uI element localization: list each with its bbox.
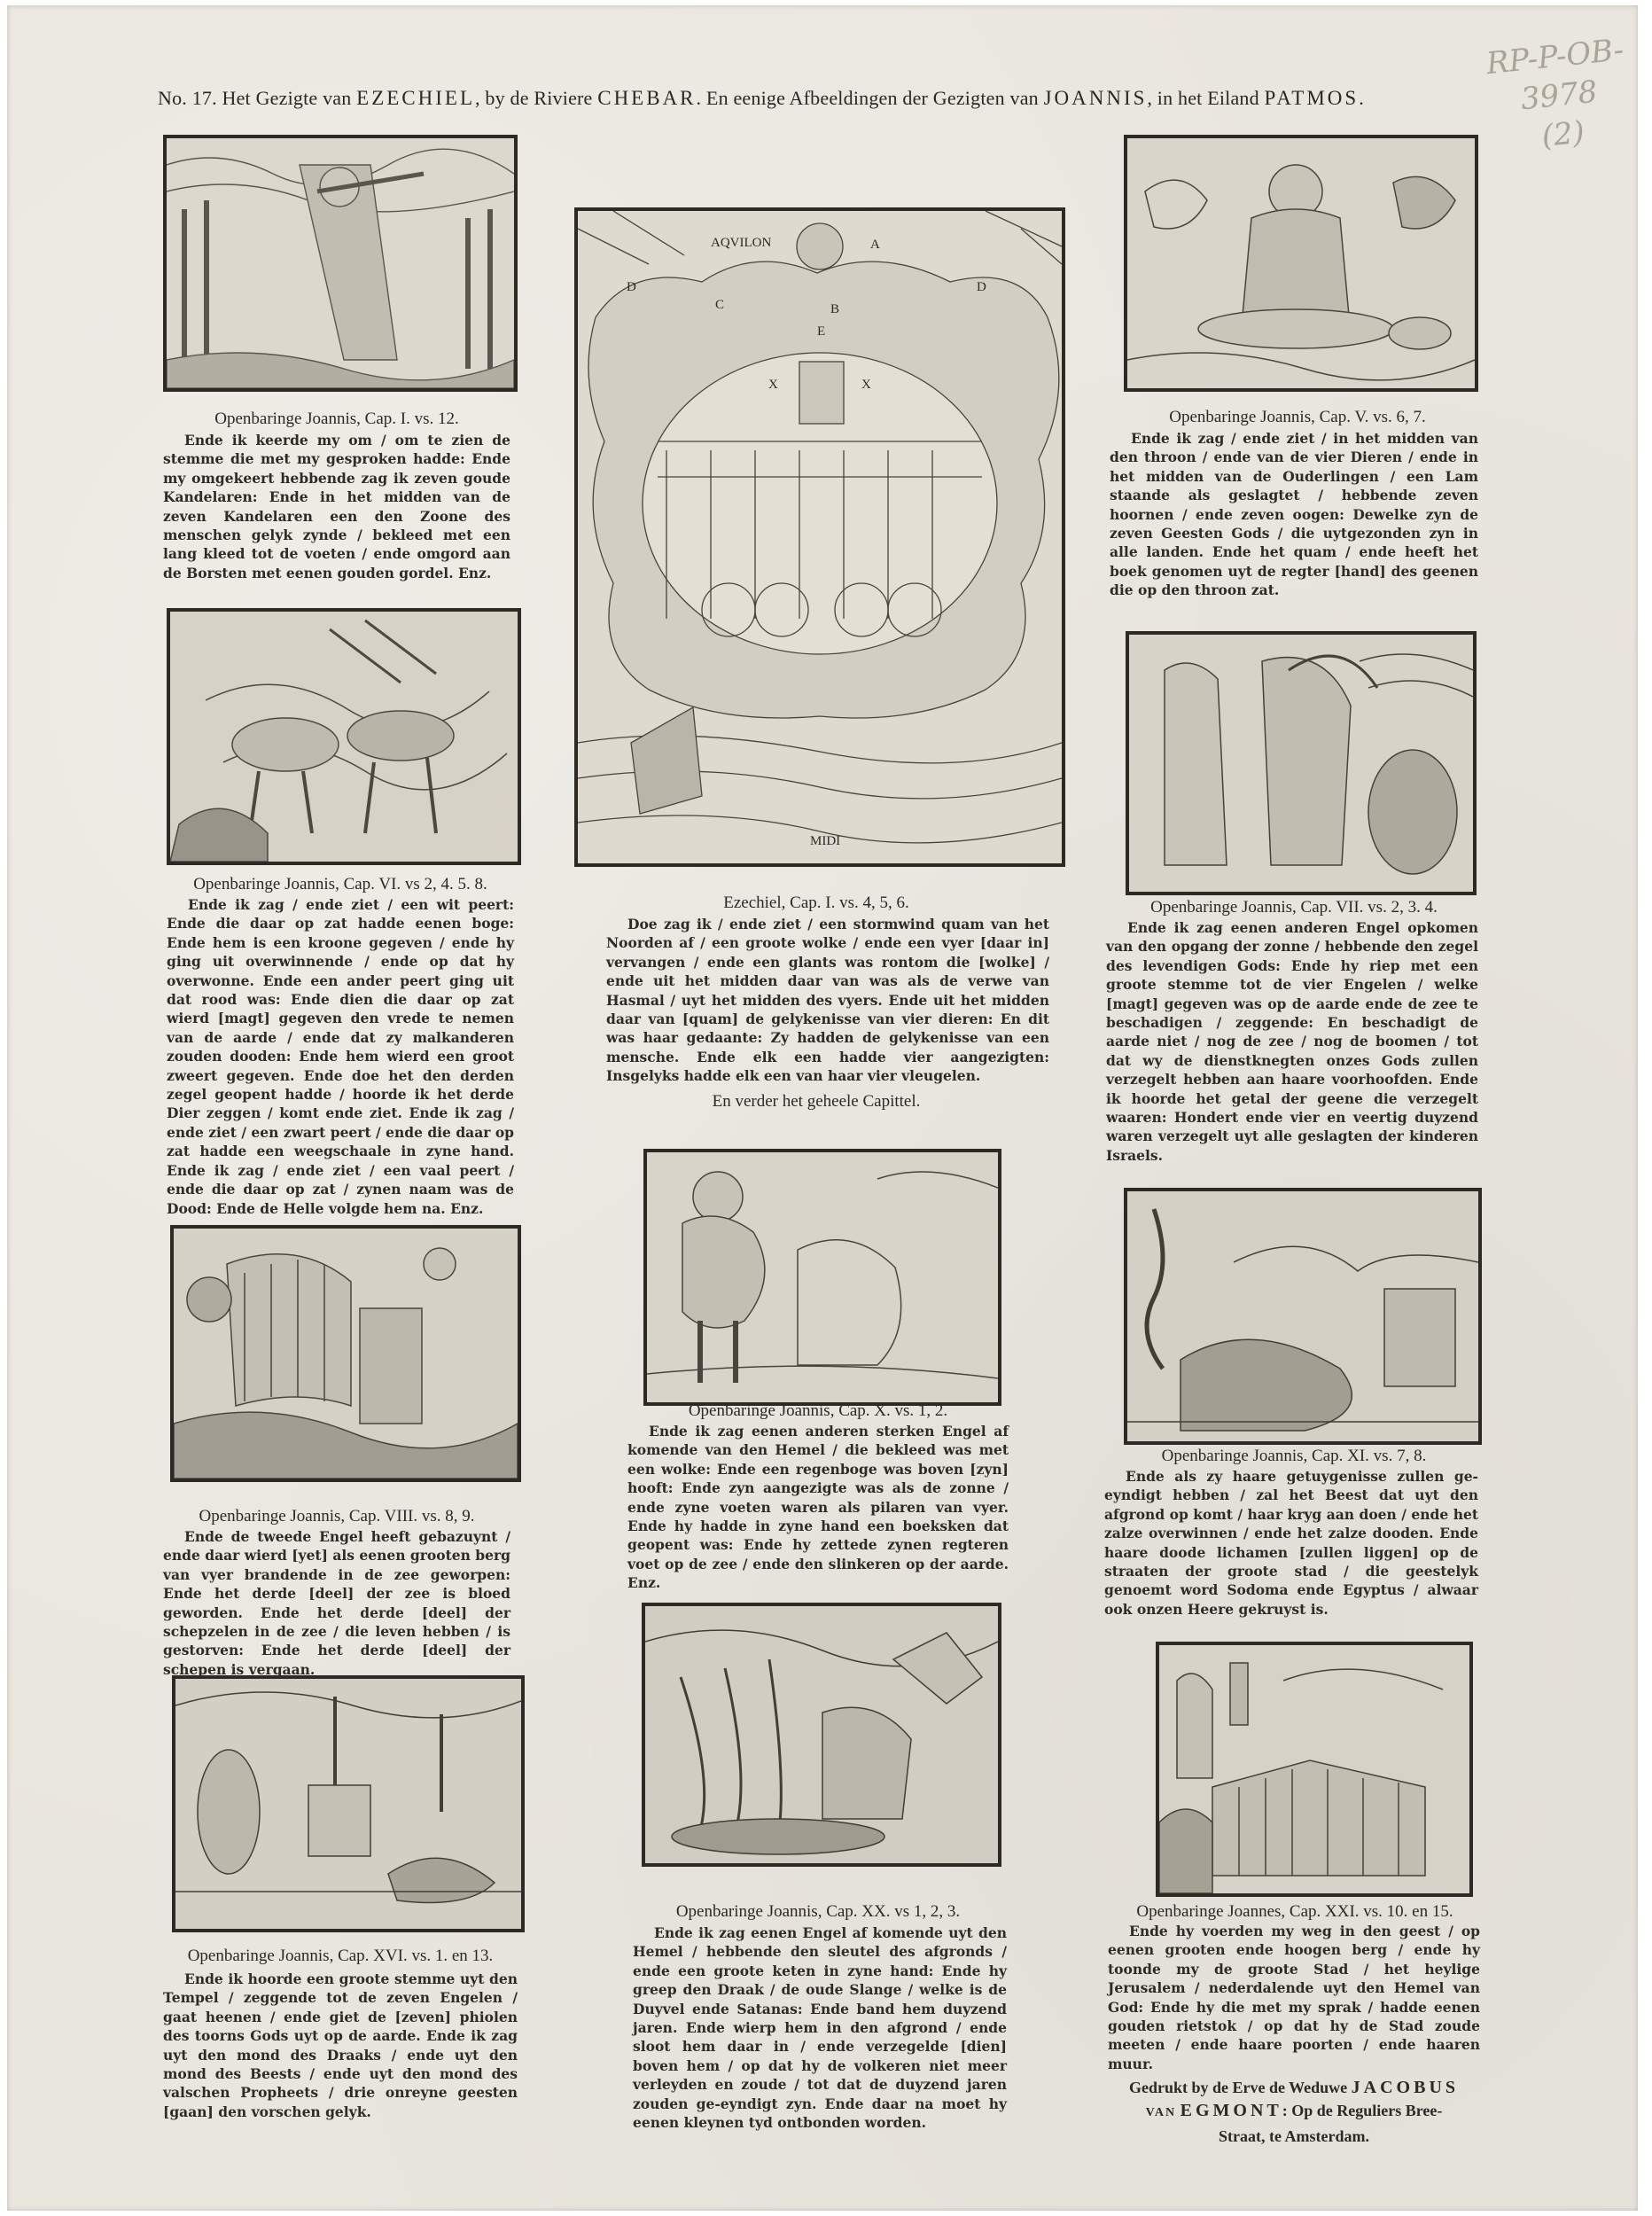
broadsheet-page: RP-P-OB-3978 (2) No. 17. Het Gezigte van…: [7, 5, 1638, 2211]
panel-caption: Openbaringe Joannis, Cap. X. vs. 1, 2.: [619, 1401, 1017, 1421]
woodcut-son-of-man-candlesticks: [163, 135, 518, 392]
panel-text: Ende ik zag eenen anderen Engel opkomen …: [1106, 918, 1478, 1165]
panel-text: Ende ik zag eenen Engel af komende uyt d…: [633, 1923, 1007, 2132]
woodcut-vision-of-ezekiel: AQVILON A D C B D E X X MIDI: [574, 207, 1065, 867]
imprint-line-2: VAN EGMONT: Op de Reguliers Bree-: [1099, 2099, 1489, 2125]
title-text: Het Gezigte van: [222, 87, 352, 109]
woodcut-throne-and-lamb: [1124, 135, 1478, 392]
svg-text:C: C: [715, 298, 724, 312]
panel-text: Ende de tweede Engel heeft gebazuynt / e…: [163, 1527, 510, 1679]
title-name-chebar: CHEBAR: [597, 87, 696, 109]
woodcut-angel-binding-satan: [642, 1603, 1001, 1867]
panel-caption: Openbaringe Joannis, Cap. V. vs. 6, 7.: [1124, 408, 1471, 427]
page-title: No. 17. Het Gezigte van EZECHIEL, by de …: [158, 87, 1523, 110]
imprint-name: JACOBUS: [1352, 2078, 1459, 2097]
title-text: , by de Riviere: [475, 87, 593, 109]
panel-caption: Openbaringe Joannis, Cap. XI. vs. 7, 8.: [1110, 1447, 1478, 1466]
title-name-patmos: PATMOS: [1265, 87, 1360, 109]
panel-text: Ende ik zag eenen anderen sterken Engel …: [627, 1422, 1009, 1593]
panel-text: Ende ik zag / ende ziet / een wit peert:…: [167, 895, 514, 1218]
panel-text: Ende ik hoorde een groote stemme uyt den…: [163, 1970, 518, 2121]
panel-caption: Openbaringe Joannis, Cap. VI. vs 2, 4. 5…: [167, 875, 514, 894]
woodcut-burning-mountain-sea: [170, 1225, 521, 1482]
woodcut-new-jerusalem: [1156, 1642, 1473, 1897]
woodcut-four-horsemen: [167, 608, 521, 865]
title-name-ezechiel: EZECHIEL: [356, 87, 475, 109]
panel-caption: Openbaringe Joannis, Cap. VII. vs. 2, 3.…: [1110, 898, 1478, 917]
label-aquilon: AQVILON: [711, 236, 771, 250]
panel-caption: Openbaringe Joannis, Cap. VIII. vs. 8, 9…: [163, 1507, 510, 1526]
svg-text:X: X: [861, 378, 871, 392]
svg-text:D: D: [627, 280, 636, 294]
imprint-text: VAN: [1146, 2106, 1177, 2119]
panel-text: Ende hy voerden my weg in den geest / op…: [1108, 1922, 1480, 2073]
woodcut-temple-vials-dragon: [172, 1675, 525, 1932]
printer-imprint: Gedrukt by de Erve de Weduwe JACOBUS VAN…: [1099, 2076, 1489, 2148]
woodcut-beast-from-abyss: [1124, 1188, 1482, 1445]
svg-text:B: B: [830, 302, 839, 316]
sheet-number: No. 17.: [158, 87, 217, 109]
title-text: , in het Eiland: [1147, 87, 1258, 109]
panel-caption: Openbaringe Joannis, Cap. XX. vs 1, 2, 3…: [619, 1902, 1017, 1922]
imprint-name: EGMONT: [1181, 2101, 1282, 2120]
svg-text:D: D: [977, 280, 986, 294]
panel-caption: Openbaringe Joannes, Cap. XXI. vs. 10. e…: [1104, 1902, 1485, 1922]
panel-text: Ende ik zag / ende ziet / in het midden …: [1110, 429, 1478, 600]
title-text: .: [1359, 87, 1364, 109]
imprint-text: Gedrukt by de Erve de Weduwe: [1129, 2079, 1347, 2096]
label-midi: MIDI: [810, 834, 840, 848]
title-text: . En eenige Afbeeldingen der Gezigten va…: [697, 87, 1039, 109]
imprint-text: : Op de Reguliers Bree-: [1282, 2102, 1443, 2119]
center-note: En verder het geheele Capittel.: [574, 1092, 1058, 1112]
svg-text:X: X: [768, 378, 778, 392]
title-name-joannis: JOANNIS: [1044, 87, 1148, 109]
imprint-line-3: Straat, te Amsterdam.: [1099, 2125, 1489, 2148]
center-caption: Ezechiel, Cap. I. vs. 4, 5, 6.: [574, 893, 1058, 913]
woodcut-angel-with-book: [643, 1149, 1001, 1406]
panel-caption: Openbaringe Joannis, Cap. XVI. vs. 1. en…: [163, 1947, 518, 1966]
center-text: Doe zag ik / ende ziet / een stormwind q…: [606, 915, 1049, 1086]
panel-text: Ende ik keerde my om / om te zien de ste…: [163, 431, 510, 582]
panel-text: Ende als zy haare getuygenisse zullen ge…: [1104, 1467, 1478, 1619]
svg-text:E: E: [817, 324, 825, 339]
woodcut-sealing-the-servants: [1126, 631, 1477, 895]
panel-caption: Openbaringe Joannis, Cap. I. vs. 12.: [163, 410, 510, 429]
imprint-line-1: Gedrukt by de Erve de Weduwe JACOBUS: [1099, 2076, 1489, 2099]
svg-text:A: A: [870, 238, 880, 252]
pencil-inventory-annotation: RP-P-OB-3978 (2): [1474, 29, 1643, 143]
